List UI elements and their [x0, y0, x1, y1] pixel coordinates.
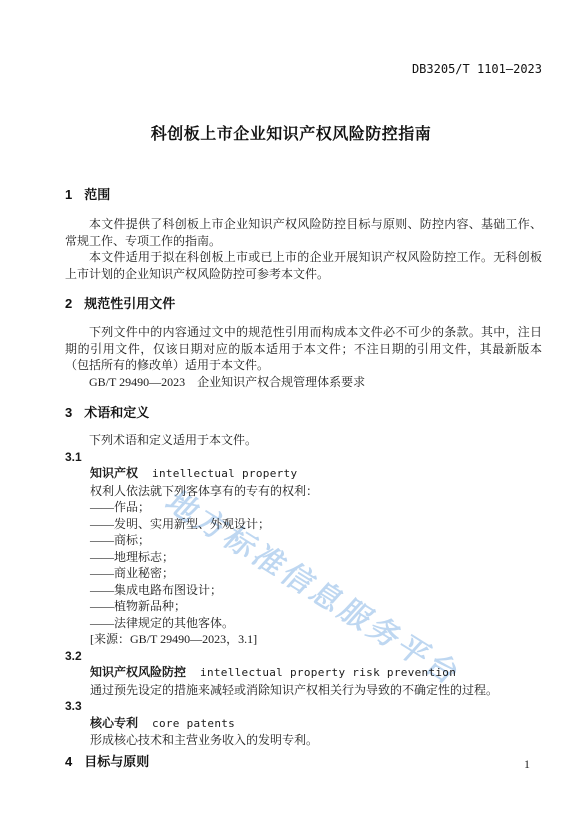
term-line: 核心专利core patents	[90, 715, 542, 733]
list-item: ——地理标志；	[90, 549, 542, 566]
term-chinese: 知识产权	[90, 466, 138, 480]
normative-reference-entry: GB/T 29490—2023 企业知识产权合规管理体系要求	[65, 374, 542, 391]
term-chinese: 知识产权风险防控	[90, 665, 186, 679]
scope-paragraph-2: 本文件适用于拟在科创板上市或已上市的企业开展知识产权风险防控工作。无科创板上市计…	[65, 249, 542, 282]
term-number-3-2: 3.2	[65, 648, 542, 665]
section-title: 术语和定义	[84, 405, 149, 420]
section-heading-goals: 4目标与原则	[65, 753, 542, 770]
section-number: 4	[65, 754, 72, 769]
page-number: 1	[524, 757, 530, 772]
list-item: ——法律规定的其他客体。	[90, 615, 542, 632]
section-title: 目标与原则	[84, 754, 149, 769]
section-title: 规范性引用文件	[84, 296, 175, 311]
list-item: ——集成电路布图设计；	[90, 582, 542, 599]
section-number: 2	[65, 296, 72, 311]
term-english: core patents	[152, 717, 235, 730]
term-definition: 形成核心技术和主营业务收入的发明专利。	[90, 732, 542, 749]
term-line: 知识产权intellectual property	[90, 465, 542, 483]
document-page: DB3205/T 1101—2023 科创板上市企业知识产权风险防控指南 地方标…	[0, 0, 582, 818]
term-line: 知识产权风险防控intellectual property risk preve…	[90, 664, 542, 682]
section-number: 1	[65, 187, 72, 202]
list-item: ——植物新品种；	[90, 598, 542, 615]
term-definition: 权利人依法就下列客体享有的专有的权利：	[90, 483, 542, 500]
document-body: 1范围 本文件提供了科创板上市企业知识产权风险防控目标与原则、防控内容、基础工作…	[65, 180, 542, 770]
list-item: ——商标；	[90, 532, 542, 549]
term-source: [来源：GB/T 29490—2023，3.1]	[90, 631, 542, 648]
normative-refs-paragraph: 下列文件中的内容通过文中的规范性引用而构成本文件必不可少的条款。其中，注日期的引…	[65, 324, 542, 374]
section-heading-scope: 1范围	[65, 186, 542, 203]
term-chinese: 核心专利	[90, 716, 138, 730]
document-title: 科创板上市企业知识产权风险防控指南	[0, 121, 582, 144]
list-item: ——作品；	[90, 499, 542, 516]
list-item: ——发明、实用新型、外观设计；	[90, 516, 542, 533]
term-english: intellectual property	[152, 467, 297, 480]
term-3-3-content: 核心专利core patents 形成核心技术和主营业务收入的发明专利。	[90, 715, 542, 749]
term-3-2-content: 知识产权风险防控intellectual property risk preve…	[90, 664, 542, 698]
terms-intro: 下列术语和定义适用于本文件。	[65, 432, 542, 449]
section-heading-terms: 3术语和定义	[65, 404, 542, 421]
term-number-3-3: 3.3	[65, 698, 542, 715]
section-title: 范围	[84, 187, 110, 202]
term-english: intellectual property risk prevention	[200, 666, 456, 679]
term-number-3-1: 3.1	[65, 449, 542, 466]
scope-paragraph-1: 本文件提供了科创板上市企业知识产权风险防控目标与原则、防控内容、基础工作、常规工…	[65, 216, 542, 249]
list-item: ——商业秘密；	[90, 565, 542, 582]
term-definition: 通过预先设定的措施来减轻或消除知识产权相关行为导致的不确定性的过程。	[90, 682, 542, 699]
section-number: 3	[65, 405, 72, 420]
standard-doc-number: DB3205/T 1101—2023	[412, 62, 542, 76]
term-3-1-content: 知识产权intellectual property 权利人依法就下列客体享有的专…	[90, 465, 542, 648]
section-heading-normative-refs: 2规范性引用文件	[65, 295, 542, 312]
